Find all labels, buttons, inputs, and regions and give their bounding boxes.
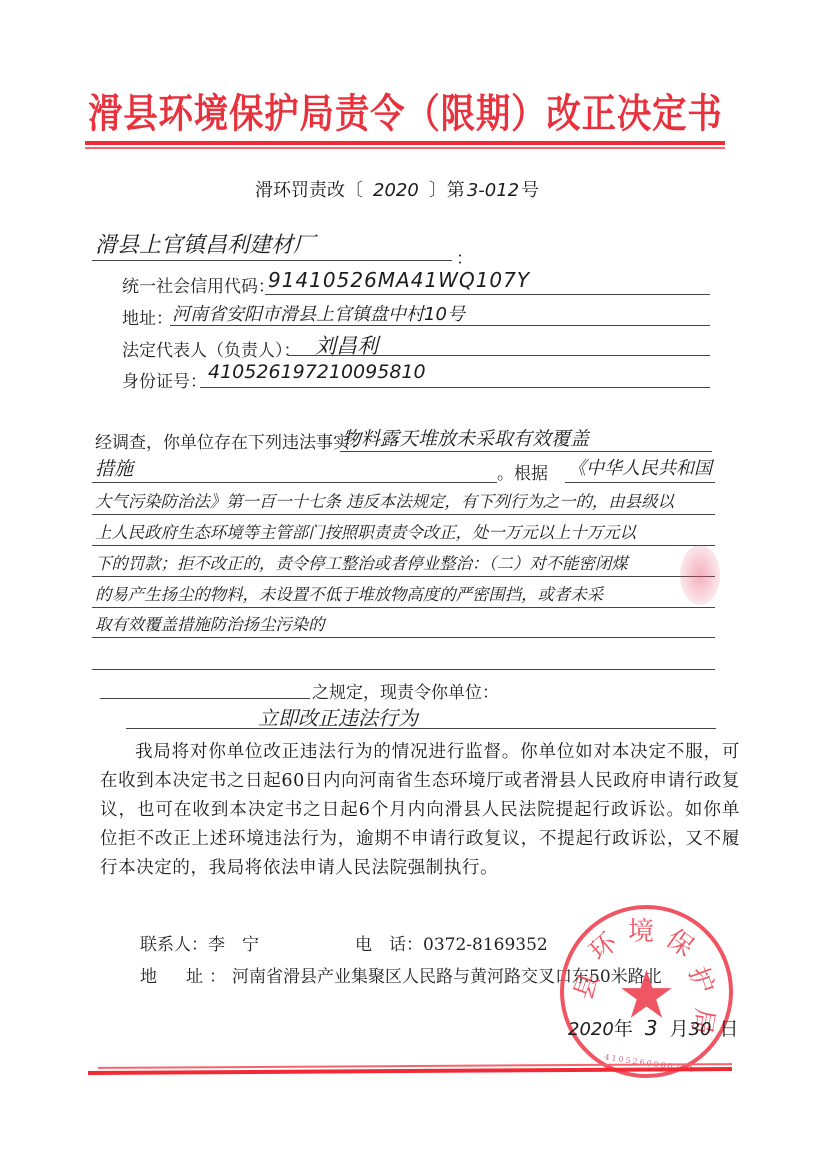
basis-line-1-underline <box>565 482 715 483</box>
basis-line-4: 下的罚款；拒不改正的，责令停工整治或者停业整治：（二）对不能密闭煤 <box>95 550 628 574</box>
basis-line-4-underline <box>92 576 715 577</box>
basis-line-6-underline <box>92 637 715 638</box>
date-month: 3 <box>633 1016 670 1040</box>
document-title: 滑县环境保护局责令（限期）改正决定书 <box>88 82 647 139</box>
basis-intro: 。根据 <box>497 459 548 484</box>
basis-line-6: 取有效覆盖措施防治扬尘污染的 <box>95 611 324 635</box>
notice-text: 我局将对你单位改正违法行为的情况进行监督。你单位如对本决定不服，可在收到本决定书… <box>100 742 740 878</box>
recipient-name: 滑县上官镇昌利建材厂 <box>95 228 315 259</box>
basis-line-3: 上人民政府生态环境等主管部门按照职责责令改正，处一万元以上十万元以 <box>95 519 636 543</box>
date-year-unit: 年 <box>614 1018 633 1040</box>
date-month-unit: 月 <box>670 1018 689 1040</box>
basis-line-2-underline <box>92 514 715 515</box>
legal-rep-underline <box>288 355 710 356</box>
order-text: 立即改正违法行为 <box>258 702 418 731</box>
address-underline <box>170 325 710 326</box>
seal-char-1: 县 <box>563 967 607 1004</box>
address-value: 河南省安阳市滑县上官镇盘中村10号 <box>172 300 465 326</box>
doc-number-mid: 〕第 <box>429 180 465 201</box>
official-seal: 县 环 境 保 护 局 ★ 4105260000761 <box>560 905 733 1078</box>
order-underline <box>126 728 716 729</box>
facts-line-1: 物料露天堆放未采取有效覆盖 <box>342 424 589 451</box>
facts-intro: 经调查，你单位存在下列违法事实： <box>95 428 367 453</box>
provision-underline <box>100 698 310 699</box>
credit-code-value: 91410526MA41WQ107Y <box>268 268 530 292</box>
basis-line-2: 大气污染防治法》第一百一十七条 违反本法规定，有下列行为之一的，由县级以 <box>95 488 674 512</box>
doc-number-prefix: 滑环罚责改〔 <box>255 180 363 201</box>
title-divider-thick <box>85 141 725 145</box>
facts-line-2-underline <box>92 482 497 483</box>
contact-person-label: 联系人： <box>140 935 208 955</box>
recipient-name-underline <box>92 260 452 261</box>
facts-line-2: 措施 <box>95 454 133 481</box>
recipient-colon: ： <box>456 244 473 269</box>
contact-address-label: 地 址： <box>140 967 232 987</box>
ink-smudge <box>680 545 720 605</box>
provision-suffix: 之规定，现责令你单位： <box>312 678 499 703</box>
id-number-label: 身份证号： <box>122 367 207 392</box>
contact-phone-label: 电 话： <box>355 935 423 955</box>
seal-char-3: 境 <box>628 911 654 948</box>
contact-phone-value: 0372-8169352 <box>423 935 548 955</box>
credit-code-underline <box>265 294 710 295</box>
notice-paragraph: 我局将对你单位改正违法行为的情况进行监督。你单位如对本决定不服，可在收到本决定书… <box>100 738 740 883</box>
facts-line-1-underline <box>340 451 712 452</box>
date-year: 2020 <box>568 1019 614 1040</box>
basis-line-5-underline <box>92 607 715 608</box>
basis-line-1: 《中华人民共和国 <box>568 454 712 480</box>
title-divider-thin <box>85 147 725 149</box>
credit-code-label: 统一社会信用代码： <box>122 272 275 297</box>
issue-date: 2020年3月30日 <box>568 1014 739 1041</box>
contact-person: 联系人：李 宁 <box>140 930 259 955</box>
id-number-value: 410526197210095810 <box>208 361 426 383</box>
id-number-underline <box>200 387 710 388</box>
date-day-unit: 日 <box>719 1018 738 1040</box>
blank-line-underline <box>92 669 715 670</box>
basis-line-3-underline <box>92 545 715 546</box>
document-number: 滑环罚责改〔2020〕第3-012号 <box>255 176 539 202</box>
address-label: 地址： <box>122 304 173 329</box>
date-day: 30 <box>689 1019 720 1040</box>
doc-number-value: 3-012 <box>465 180 521 201</box>
seal-char-5: 护 <box>681 961 725 998</box>
doc-number-year: 2020 <box>363 180 429 201</box>
legal-rep-label: 法定代表人（负责人）： <box>122 336 301 361</box>
contact-person-value: 李 宁 <box>208 935 259 955</box>
contact-phone: 电 话：0372-8169352 <box>355 930 548 955</box>
basis-line-5: 的易产生扬尘的物料，未设置不低于堆放物高度的严密围挡，或者未采 <box>95 581 603 605</box>
doc-number-suffix: 号 <box>521 180 539 201</box>
